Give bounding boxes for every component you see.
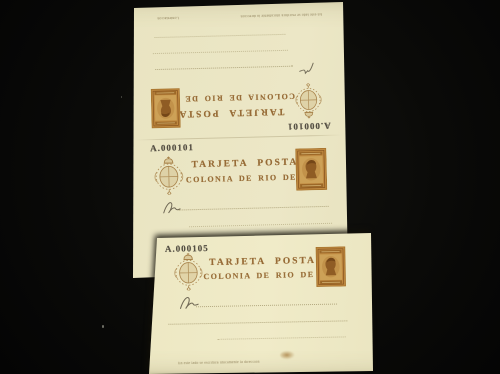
address-line xyxy=(168,320,347,324)
single-card-shadow-wrap: A.000105 TARJETA POSTAL COLONIA DE RIO D… xyxy=(0,0,500,374)
single-postal-card: A.000105 TARJETA POSTAL COLONIA DE RIO D… xyxy=(0,0,500,374)
coat-of-arms-icon xyxy=(171,252,206,291)
dust-speck xyxy=(121,96,122,98)
photo-of-postal-cards: A.000101 TARJETA POSTAL COLONIA DE RIO D… xyxy=(0,0,500,374)
card-subtitle: COLONIA DE RIO DE ORO xyxy=(203,270,315,281)
pen-mark-icon xyxy=(179,295,199,310)
microprint-text: En este lado se escribirá únicamente la … xyxy=(178,360,260,365)
address-line xyxy=(196,304,337,308)
single-card-content: A.000105 TARJETA POSTAL COLONIA DE RIO D… xyxy=(0,0,500,374)
card-title: TARJETA POSTAL xyxy=(209,256,309,268)
stamp-imprint-icon xyxy=(315,246,347,287)
address-line xyxy=(218,336,346,339)
dust-speck xyxy=(102,325,104,328)
